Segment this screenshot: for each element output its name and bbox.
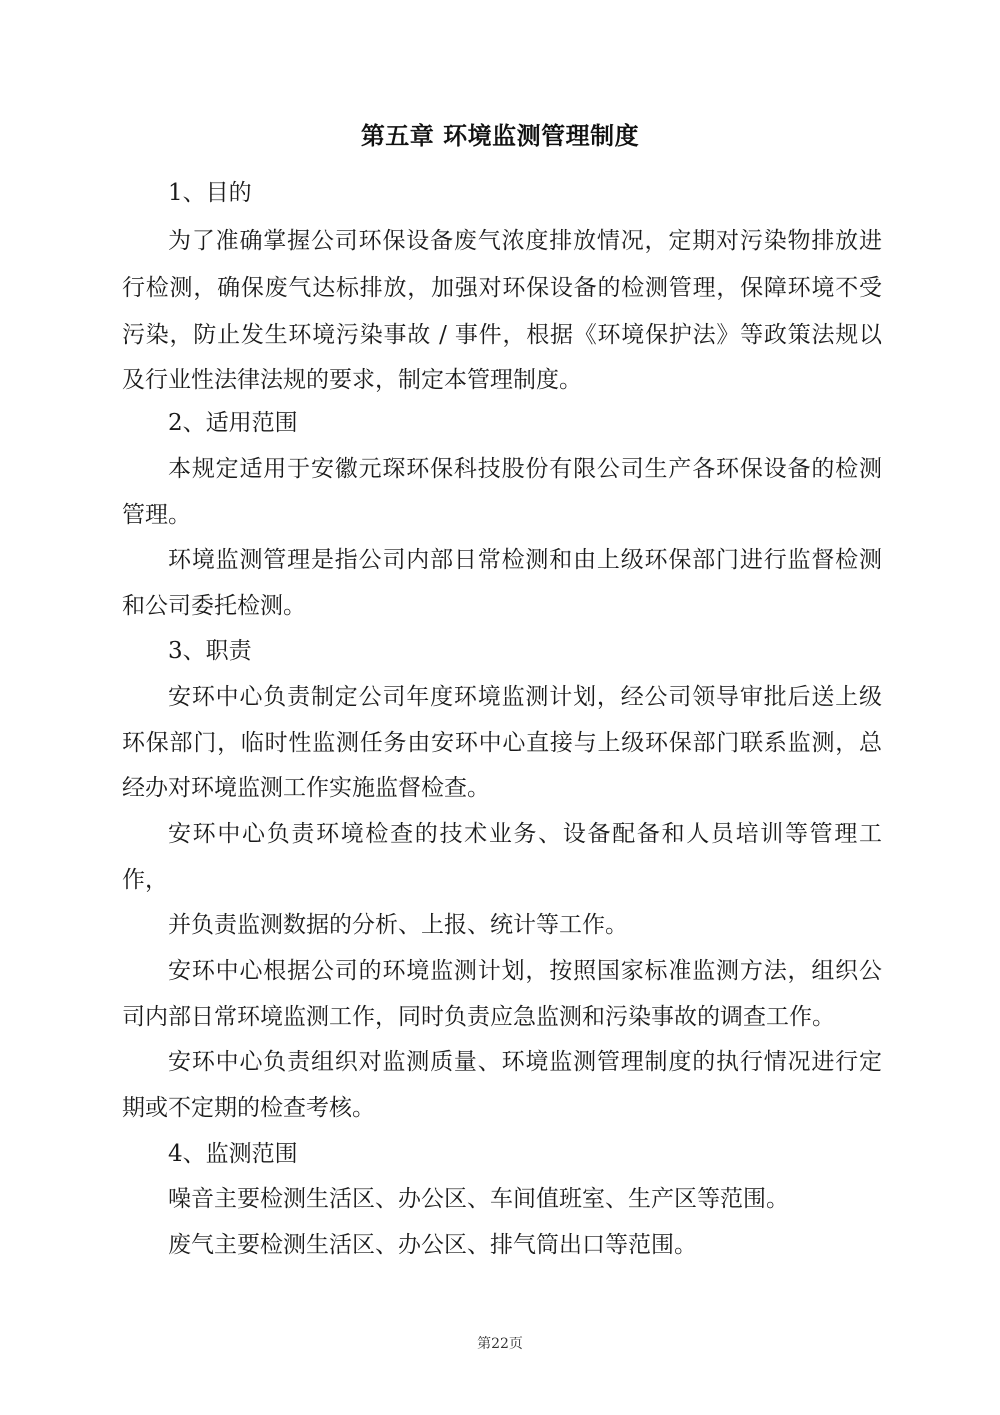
- document-page: 第五章 环境监测管理制度 1、目的为了准确掌握公司环保设备废气浓度排放情况，定期…: [0, 0, 1000, 1415]
- paragraph-line: 为了准确掌握公司环保设备废气浓度排放情况，定期对污染物排放进: [168, 226, 882, 256]
- paragraph-line: 安环中心负责制定公司年度环境监测计划，经公司领导审批后送上级: [168, 682, 882, 712]
- paragraph-line: 经办对环境监测工作实施监督检查。: [122, 773, 882, 803]
- paragraph-line: 管理。: [122, 500, 882, 530]
- section-heading: 1、目的: [168, 178, 882, 208]
- paragraph-line: 和公司委托检测。: [122, 591, 882, 621]
- paragraph-line: 作，: [122, 865, 882, 895]
- paragraph-line: 污染，防止发生环境污染事故 / 事件，根据《环境保护法》等政策法规以: [122, 320, 882, 350]
- paragraph-line: 废气主要检测生活区、办公区、排气筒出口等范围。: [168, 1230, 882, 1260]
- section-heading: 2、适用范围: [168, 408, 882, 438]
- paragraph-line: 环境监测管理是指公司内部日常检测和由上级环保部门进行监督检测: [168, 545, 882, 575]
- section-heading: 3、职责: [168, 636, 882, 666]
- paragraph-line: 噪音主要检测生活区、办公区、车间值班室、生产区等范围。: [168, 1184, 882, 1214]
- paragraph-line: 行检测，确保废气达标排放，加强对环保设备的检测管理，保障环境不受: [122, 273, 882, 303]
- chapter-title: 第五章 环境监测管理制度: [0, 118, 1000, 154]
- paragraph-line: 及行业性法律法规的要求，制定本管理制度。: [122, 365, 882, 395]
- paragraph-line: 期或不定期的检查考核。: [122, 1093, 882, 1123]
- paragraph-line: 环保部门，临时性监测任务由安环中心直接与上级环保部门联系监测，总: [122, 728, 882, 758]
- paragraph-line: 安环中心根据公司的环境监测计划，按照国家标准监测方法，组织公: [168, 956, 882, 986]
- paragraph-line: 安环中心负责组织对监测质量、环境监测管理制度的执行情况进行定: [168, 1047, 882, 1077]
- paragraph-line: 本规定适用于安徽元琛环保科技股份有限公司生产各环保设备的检测: [168, 454, 882, 484]
- section-heading: 4、监测范围: [168, 1139, 882, 1169]
- paragraph-line: 并负责监测数据的分析、上报、统计等工作。: [168, 910, 882, 940]
- paragraph-line: 安环中心负责环境检查的技术业务、设备配备和人员培训等管理工: [168, 819, 882, 849]
- paragraph-line: 司内部日常环境监测工作，同时负责应急监测和污染事故的调查工作。: [122, 1002, 882, 1032]
- page-number: 第22页: [0, 1334, 1000, 1354]
